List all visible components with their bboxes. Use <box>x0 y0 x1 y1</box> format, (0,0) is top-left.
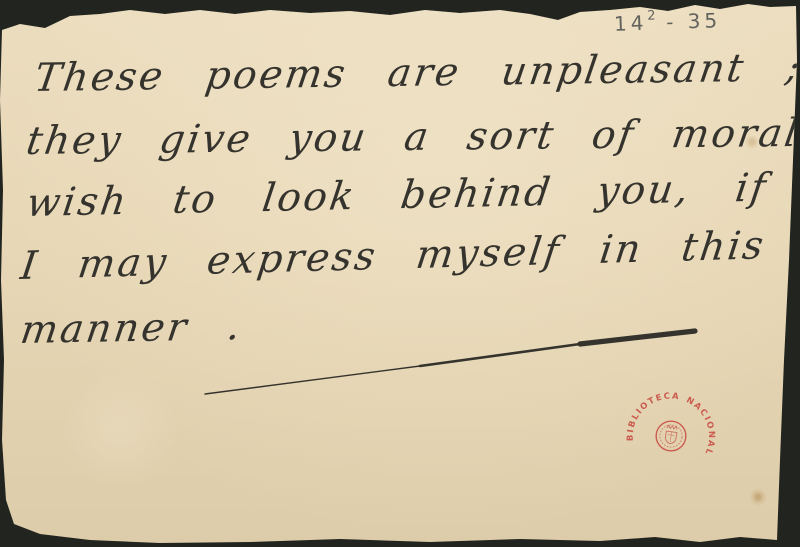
svg-text:NACIONAL: NACIONAL <box>678 394 723 458</box>
handwritten-line: I may express myself in this <box>18 223 768 289</box>
scanned-document: 142 - 35 These poems are unpleasant ; th… <box>0 0 800 547</box>
library-stamp: BIBLIOTECA NACIONAL <box>618 383 724 489</box>
archive-number-annotation: 142 - 35 <box>614 8 722 36</box>
handwritten-line: they give you a sort of moral <box>23 111 800 164</box>
stamp-word-nacional: NACIONAL <box>678 394 723 458</box>
archive-number-base: 14 <box>614 11 648 36</box>
handwritten-line: wish to look behind you, if <box>24 166 771 226</box>
archive-number-superscript: 2 <box>647 9 656 24</box>
stamp-emblem <box>654 419 688 453</box>
stamp-word-biblioteca: BIBLIOTECA <box>624 385 682 448</box>
handwritten-line: These poems are unpleasant ; <box>32 45 800 101</box>
manuscript-paper: 142 - 35 These poems are unpleasant ; th… <box>0 0 800 547</box>
svg-text:BIBLIOTECA: BIBLIOTECA <box>624 385 682 448</box>
archive-number-rest: - 35 <box>666 8 722 34</box>
